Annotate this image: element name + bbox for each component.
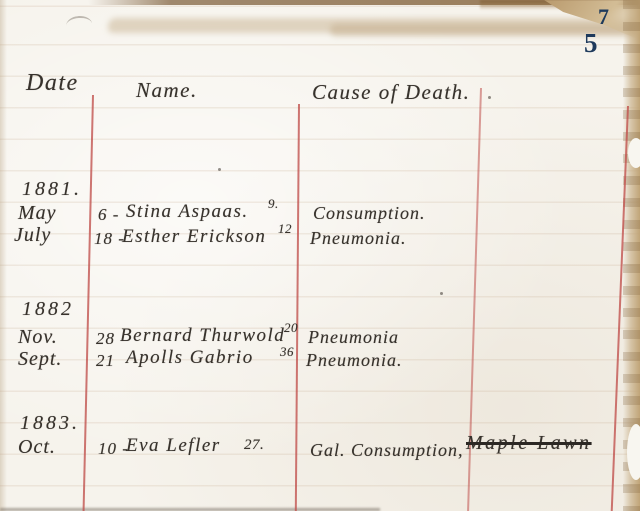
entry-age: 27. (244, 437, 264, 454)
column-rule-date (82, 95, 94, 511)
entry-age: 36 (280, 344, 294, 360)
entry-month: Sept. (18, 348, 62, 371)
entry-cause: Pneumonia (308, 327, 399, 348)
entry-month: Nov. (18, 326, 58, 349)
entry-name: Bernard Thurwold (120, 325, 285, 347)
paper-notch (627, 424, 640, 480)
entry-cause: Pneumonia. (306, 350, 402, 371)
entry-day: 10 - (98, 439, 129, 459)
entry-month: July (14, 224, 51, 247)
entry-age: 9. (268, 196, 279, 212)
entry-month: May (18, 202, 57, 225)
column-header-cause-of-death: Cause of Death. (312, 80, 470, 105)
entry-cause: Gal. Consumption, (310, 440, 464, 461)
entry-age: 20 (284, 320, 298, 336)
entry-age: 12 (278, 221, 292, 237)
entry-day: 6 - (98, 205, 119, 225)
column-header-name: Name. (136, 78, 198, 103)
column-rule-name (295, 104, 300, 511)
entry-name: Stina Aspaas. (126, 201, 249, 223)
page-number-previous: 7 (598, 4, 609, 30)
entry-cause: Consumption. (313, 203, 426, 224)
entry-name: Eva Lefler (126, 435, 221, 457)
entry-day: 28 (96, 329, 115, 349)
ink-dot (440, 292, 443, 295)
entry-year: 1882 (22, 298, 74, 321)
page-number: 5 (584, 28, 598, 59)
column-header-date: Date (26, 70, 79, 97)
ink-dot (218, 168, 221, 171)
entry-year: 1881. (22, 178, 82, 201)
ledger-page-scan: 7 5 Date Name. Cause of Death. 1881. May… (0, 0, 640, 511)
entry-name: Apolls Gabrio (126, 347, 254, 369)
struck-out-text: Maple Lawn (466, 432, 592, 455)
paper-notch (628, 138, 640, 168)
entry-year: 1883. (20, 412, 80, 435)
entry-day: 18 - (94, 229, 125, 249)
entry-cause: Pneumonia. (310, 228, 406, 249)
entry-day: 21 (96, 351, 115, 371)
entry-month: Oct. (18, 436, 56, 459)
ink-dot (488, 96, 491, 99)
smudge-mark (66, 15, 93, 28)
entry-name: Esther Erickson (122, 226, 266, 248)
paper-edge-left (0, 0, 7, 511)
